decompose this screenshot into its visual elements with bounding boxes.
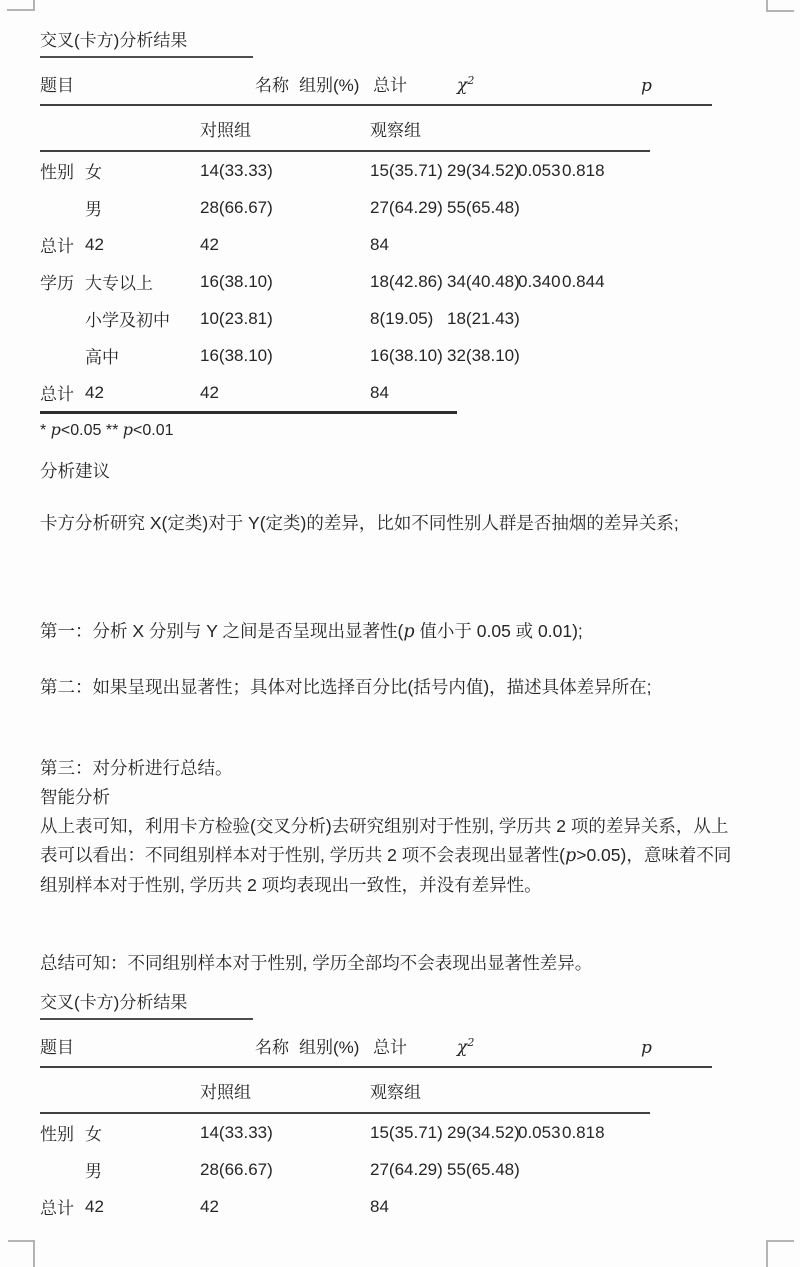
point-second: 第二：如果呈现出显著性；具体对比选择百分比(括号内值)，描述具体差异所在; <box>40 672 734 702</box>
table-row: 小学及初中10(23.81)8(19.05)18(21.43) <box>40 300 712 337</box>
header-group-pct: 组别(%) <box>299 1033 373 1058</box>
crop-mark-top-right-icon <box>766 0 794 12</box>
table-caption: 交叉(卡方)分析结果 <box>40 26 253 58</box>
header-p-value: p <box>641 1038 712 1058</box>
table-header-row: 题目 名称 组别(%) 总计 χ2 p <box>40 1033 712 1068</box>
table-row: 性别女14(33.33)15(35.71)29(34.52)0.0530.818 <box>40 152 712 189</box>
table-row: 男28(66.67)27(64.29)55(65.48) <box>40 189 712 226</box>
header-title: 题目 <box>40 1033 255 1058</box>
header-total: 总计 <box>373 71 457 96</box>
table-bottom-rule <box>40 411 457 414</box>
chi-square-table-2: 交叉(卡方)分析结果 题目 名称 组别(%) 总计 χ2 p 对照组 观察组 性… <box>40 988 712 1225</box>
header-group-pct: 组别(%) <box>299 71 373 96</box>
table-row: 总计424284 <box>40 374 712 411</box>
subheader-observe-group: 观察组 <box>370 1078 650 1103</box>
header-total: 总计 <box>373 1033 457 1058</box>
header-name: 名称 <box>255 1033 299 1058</box>
crop-mark-bottom-left-icon <box>8 1240 35 1267</box>
subheader-control-group: 对照组 <box>200 1078 370 1103</box>
advice-heading: 分析建议 <box>40 456 110 486</box>
table-row: 性别女14(33.33)15(35.71)29(34.52)0.0530.818 <box>40 1114 712 1151</box>
smart-analysis-paragraph: 从上表可知，利用卡方检验(交叉分析)去研究组别对于性别, 学历共 2 项的差异关… <box>40 812 740 900</box>
significance-footnote: * p<0.05 ** p<0.01 <box>40 420 712 440</box>
document-page: 交叉(卡方)分析结果 题目 名称 组别(%) 总计 χ2 p 对照组 观察组 性… <box>0 0 800 1267</box>
header-chi-square: χ2 <box>457 1036 641 1058</box>
summary-paragraph: 总结可知：不同组别样本对于性别, 学历全部均不会表现出显著性差异。 <box>40 948 734 978</box>
header-chi-square: χ2 <box>457 74 641 96</box>
table-row: 总计424284 <box>40 1188 712 1225</box>
header-p-value: p <box>641 76 712 96</box>
table-row: 高中16(38.10)16(38.10)32(38.10) <box>40 337 712 374</box>
smart-analysis-heading: 智能分析 <box>40 783 740 812</box>
table-subheader-row: 对照组 观察组 <box>40 106 650 152</box>
point-third: 第三：对分析进行总结。 <box>40 754 740 783</box>
table-header-row: 题目 名称 组别(%) 总计 χ2 p <box>40 71 712 106</box>
point-third-and-smart-analysis: 第三：对分析进行总结。 智能分析 从上表可知，利用卡方检验(交叉分析)去研究组别… <box>40 754 740 900</box>
point-first: 第一：分析 X 分别与 Y 之间是否呈现出显著性(p 值小于 0.05 或 0.… <box>40 616 734 647</box>
subheader-control-group: 对照组 <box>200 116 370 141</box>
crop-mark-top-left-icon <box>7 0 35 11</box>
table-row: 学历大专以上16(38.10)18(42.86)34(40.48)0.3400.… <box>40 263 712 300</box>
chi-square-table-1: 交叉(卡方)分析结果 题目 名称 组别(%) 总计 χ2 p 对照组 观察组 性… <box>40 26 712 440</box>
header-name: 名称 <box>255 71 299 96</box>
table-caption: 交叉(卡方)分析结果 <box>40 988 253 1020</box>
subheader-observe-group: 观察组 <box>370 116 650 141</box>
intro-paragraph: 卡方分析研究 X(定类)对于 Y(定类)的差异，比如不同性别人群是否抽烟的差异关… <box>40 508 734 538</box>
table-row: 男28(66.67)27(64.29)55(65.48) <box>40 1151 712 1188</box>
header-title: 题目 <box>40 71 255 96</box>
table-row: 总计424284 <box>40 226 712 263</box>
table-subheader-row: 对照组 观察组 <box>40 1068 650 1114</box>
crop-mark-bottom-right-icon <box>766 1240 794 1267</box>
